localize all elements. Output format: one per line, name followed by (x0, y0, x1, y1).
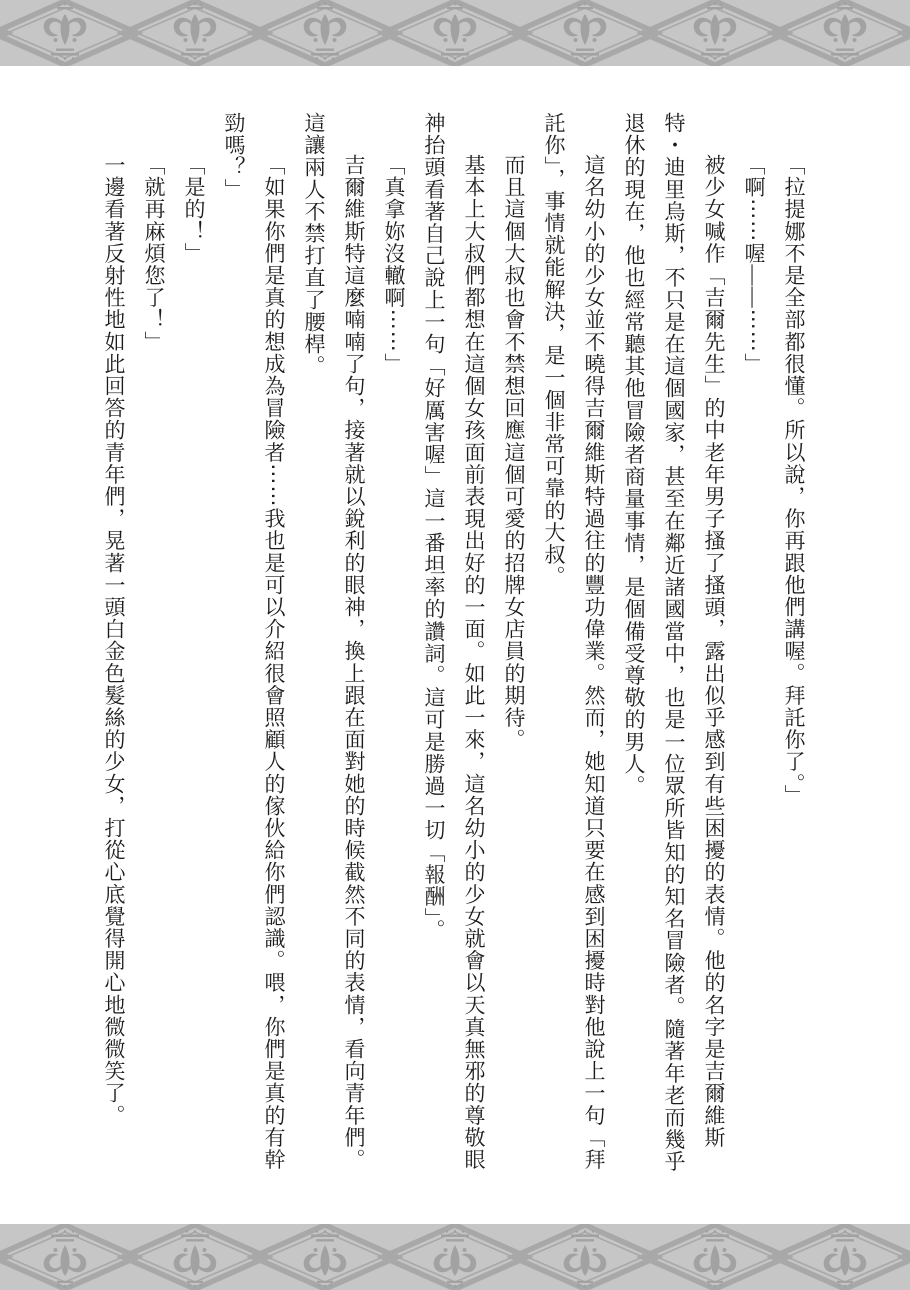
paragraph: 而且這個大叔也會不禁想回應這個可愛的招牌女店員的期待。 (494, 112, 534, 1173)
top-border-pattern-fill (0, 0, 910, 66)
paragraph: 「如果你們是真的想成為冒險者⋯⋯我也是可以介紹很會照顧人的傢伙給你們認識。喂，你… (214, 112, 294, 1173)
top-ornament-border (0, 0, 910, 66)
paragraph: 「就再麻煩您了！」 (134, 112, 174, 1173)
bottom-border-pattern-fill (0, 1224, 910, 1290)
paragraph: 「是的！」 (174, 112, 214, 1173)
paragraph: 一邊看著反射性地如此回答的青年們，晃著一頭白金色髮絲的少女，打從心底覺得開心地微… (94, 112, 134, 1173)
bottom-ornament-border (0, 1224, 910, 1290)
paragraph: 吉爾維斯特這麼喃喃了句，接著就以銳利的眼神，換上跟在面對她的時候截然不同的表情，… (294, 112, 374, 1173)
paragraph: 「拉提娜不是全部都很懂。所以說，你再跟他們講喔。拜託你了。」 (774, 112, 814, 1173)
paragraph: 「真拿妳沒轍啊⋯⋯」 (374, 112, 414, 1173)
paragraph: 這名幼小的少女並不曉得吉爾維斯特過往的豐功偉業。然而，她知道只要在感到困擾時對他… (534, 112, 614, 1173)
paragraph: 被少女喊作「吉爾先生」的中老年男子搔了搔頭，露出似乎感到有些困擾的表情。他的名字… (614, 112, 734, 1173)
paragraph: 基本上大叔們都想在這個女孩面前表現出好的一面。如此一來，這名幼小的少女就會以天真… (414, 112, 494, 1173)
novel-page: 「拉提娜不是全部都很懂。所以說，你再跟他們講喔。拜託你了。」「啊⋯⋯喔——⋯⋯」… (0, 0, 910, 1290)
paragraph: 「啊⋯⋯喔——⋯⋯」 (734, 112, 774, 1173)
vertical-text-area: 「拉提娜不是全部都很懂。所以說，你再跟他們講喔。拜託你了。」「啊⋯⋯喔——⋯⋯」… (94, 112, 814, 1173)
